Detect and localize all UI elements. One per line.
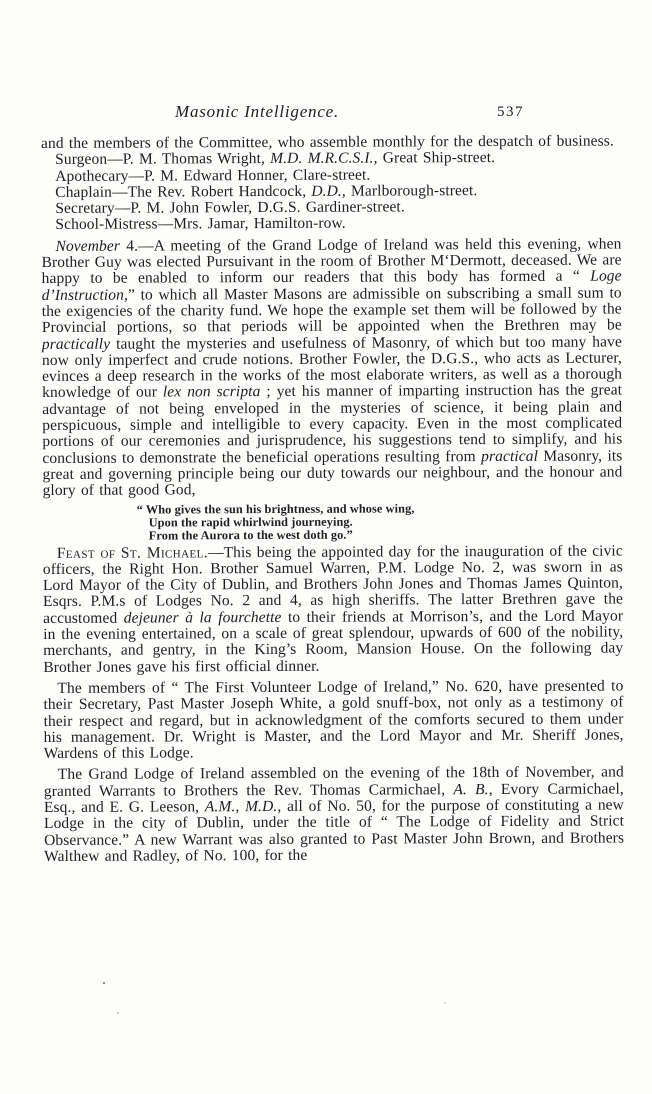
italic-run: A.M., M.D. (205, 798, 278, 815)
scan-speck (103, 982, 105, 984)
italic-run: practically (42, 335, 110, 352)
scan-speck (117, 1012, 119, 1014)
text-run: Surgeon—P. M. Thomas Wright, (55, 150, 270, 168)
officer-entry-school-mistress: School-Mistress—Mrs. Jamar, Hamilton-row… (41, 215, 621, 234)
paragraph-november-4-grand-lodge: November 4.—A meeting of the Grand Lodge… (41, 236, 622, 499)
italic-run: dejeuner à la fourchette (124, 609, 282, 627)
italic-run: lex non scripta (163, 383, 261, 400)
text-run: School-Mistress—Mrs. Jamar, Hamilton-row… (55, 215, 345, 233)
text-run: , Marlborough-street. (342, 182, 478, 200)
scanned-page: Masonic Intelligence. 537 and the member… (0, 0, 652, 1094)
smallcaps-lead: Feast of St. Michael. (57, 544, 208, 562)
paragraph-feast-of-st-michael: Feast of St. Michael.—This being the app… (43, 543, 624, 676)
text-run: 4.—A meeting of the Grand Lodge of Irela… (42, 235, 622, 287)
text-run: , Great Ship-street. (374, 149, 496, 167)
italic-run: D.D. (311, 183, 342, 200)
page-number: 537 (497, 104, 524, 121)
italic-run: November (55, 237, 120, 254)
text-run: Chaplain—The Rev. Robert Handcock, (55, 183, 311, 201)
text-run: Secretary—P. M. John Fowler, D.G.S. Gard… (55, 199, 405, 218)
text-run: The members of “ The First Volunteer Lod… (43, 677, 623, 762)
text-run: ,” to which all Master Masons are admiss… (42, 284, 622, 336)
paragraph-warrants-november-18: The Grand Lodge of Ireland assembled on … (44, 765, 624, 865)
scan-speck (444, 1002, 446, 1004)
verse-quote: “ Who gives the sun his brightness, and … (137, 501, 623, 542)
verse-line: From the Aurora to the west doth go.” (137, 527, 623, 542)
italic-run: A. B. (453, 781, 488, 798)
running-title: Masonic Intelligence. (175, 102, 339, 122)
italic-run: M.D. M.R.C.S.I. (270, 150, 374, 167)
italic-run: practical (481, 447, 538, 464)
paragraph-first-volunteer-lodge: The members of “ The First Volunteer Lod… (43, 678, 623, 762)
article-body: and the members of the Committee, who as… (41, 133, 624, 865)
page-header: Masonic Intelligence. 537 (41, 102, 621, 128)
